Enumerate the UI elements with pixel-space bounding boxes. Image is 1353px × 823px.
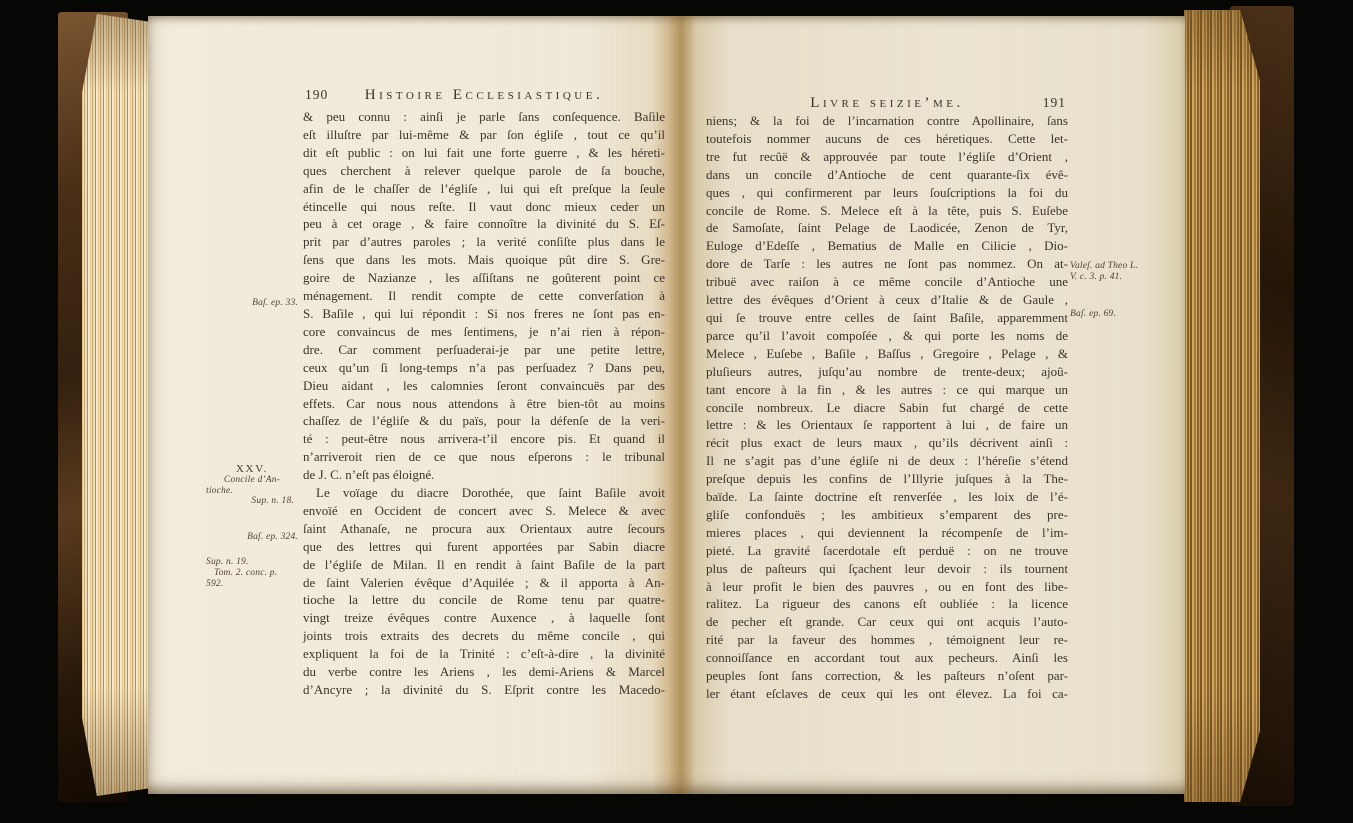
left-page-text: & peu connu : ainſi je parle ſans conſeq… — [303, 108, 665, 699]
text-line: que des lettres qui furent apportées par… — [303, 538, 665, 556]
text-line: dans un concile d’Antioche de cent quara… — [706, 166, 1068, 184]
text-line: de ſaint Valerien évêque d’Aquilée ; & i… — [303, 574, 665, 592]
text-line: à leur profit le bien des pauvres , ou e… — [706, 578, 1068, 596]
text-line: de Samoſate, ſaint Pelage de Laodicée, Z… — [706, 219, 1068, 237]
text-line: chaſſez de l’égliſe & du païs, pour la d… — [303, 412, 665, 430]
text-line: Le voïage du diacre Dorothée, que ſaint … — [303, 484, 665, 502]
text-line: ler étant eſclaves de ceux qui les ont é… — [706, 685, 1068, 703]
text-line: V. c. 3. p. 41. — [1070, 272, 1188, 283]
left-page-header: 190 Histoire Ecclesiastique. — [303, 86, 665, 106]
text-line: mieres places , qui deviennent la récomp… — [706, 524, 1068, 542]
text-line: ceux qu’un ſi long-temps n’a pas perſuad… — [303, 359, 665, 377]
margin-note-citation: Valeſ. ad Theo L.V. c. 3. p. 41. — [1070, 261, 1188, 283]
text-line: concile nombreux. Le diacre Sabin fut ch… — [706, 399, 1068, 417]
left-page: 190 Histoire Ecclesiastique. Baſ. ep. 33… — [148, 16, 668, 794]
text-line: tioche. — [206, 486, 298, 497]
margin-note-section: XXV.Concile d’An-tioche.Sup. n. 18. — [206, 464, 298, 507]
right-page-text: niens; & la foi de l’incarnation contre … — [706, 112, 1068, 703]
text-line: de J. C. n’eſt pas éloigné. — [303, 466, 665, 484]
text-line: ralitez. La rigueur des canons eſt oubli… — [706, 595, 1068, 613]
running-title-left: Histoire Ecclesiastique. — [365, 87, 603, 103]
text-line: peu à cet orage , & faire connoître la d… — [303, 215, 665, 233]
text-line: qui ſe trouve entre celles de ſaint Baſi… — [706, 309, 1068, 327]
text-line: Concile d’An- — [206, 475, 298, 486]
text-line: 592. — [206, 579, 298, 590]
open-book: 190 Histoire Ecclesiastique. Baſ. ep. 33… — [0, 0, 1353, 823]
text-line: connoiſſance en accordant tout aux peche… — [706, 649, 1068, 667]
text-line: Dieu aidant , les calomnies ſeront conva… — [303, 377, 665, 395]
text-line: niens; & la foi de l’incarnation contre … — [706, 112, 1068, 130]
right-page: Livre seizie’me. 191 Valeſ. ad Theo L.V.… — [700, 16, 1185, 794]
page-spread: 190 Histoire Ecclesiastique. Baſ. ep. 33… — [148, 16, 1185, 794]
photo-backdrop: 190 Histoire Ecclesiastique. Baſ. ep. 33… — [0, 0, 1353, 823]
margin-note-citation: Baſ. ep. 324. — [206, 532, 298, 543]
text-line: plus de paſteurs qui ſçachent leur devoi… — [706, 560, 1068, 578]
text-line: gliſe confonduës ; les ambitieux s’empar… — [706, 506, 1068, 524]
text-line: d’Ancyre ; la divinité du S. Eſprit cont… — [303, 681, 665, 699]
text-line: Valeſ. ad Theo L. — [1070, 261, 1188, 272]
margin-note-citation: Baſ. ep. 69. — [1070, 309, 1188, 320]
text-line: Baſ. ep. 33. — [206, 298, 298, 309]
text-line: dre. Car comment perſuaderai-je par une … — [303, 341, 665, 359]
text-line: concile de Rome. S. Melece eſt à la tête… — [706, 202, 1068, 220]
text-line: du verbe contre les Ariens , les demi-Ar… — [303, 663, 665, 681]
text-line: étincelle qui nous reſte. Il vaut donc m… — [303, 198, 665, 216]
text-line: dit eſt public : on lui fait une forte g… — [303, 144, 665, 162]
text-line: & peu connu : ainſi je parle ſans conſeq… — [303, 108, 665, 126]
text-line: ménagement. Il rendit compte de cette co… — [303, 287, 665, 305]
text-line: Il ne s’agit pas d’une égliſe ni de deux… — [706, 452, 1068, 470]
text-line: de l’égliſe de Milan. Il en rendit à ſai… — [303, 556, 665, 574]
text-line: parce qu’il l’avoit compoſée , & qui por… — [706, 327, 1068, 345]
text-line: tant encore à la fin , & les autres : ce… — [706, 381, 1068, 399]
text-line: ques cherchent à relever quelque parole … — [303, 162, 665, 180]
text-line: XXV. — [206, 464, 298, 475]
text-line: ſens que dans les mots. Mais quoique pût… — [303, 251, 665, 269]
text-line: lettre des évêques d’Orient à ceux d’Ita… — [706, 291, 1068, 309]
text-line: vingt treize évêques contre Auxence , à … — [303, 609, 665, 627]
text-line: de pecher eſt grande. Car ceux qui ont a… — [706, 613, 1068, 631]
text-line: té : peut-être nous arrivera-t’il encore… — [303, 430, 665, 448]
text-line: envoïé en Occident de concert avec S. Me… — [303, 502, 665, 520]
text-line: core convaincus de mes ſentimens, je n’a… — [303, 323, 665, 341]
text-line: tioche la lettre du concile de Rome tenu… — [303, 591, 665, 609]
text-line: rité par la faveur des hommes , témoigne… — [706, 631, 1068, 649]
text-line: récit plus exact de leurs maux , qu’ils … — [706, 434, 1068, 452]
text-line: dore de Tarſe : les autres ne ſont pas n… — [706, 255, 1068, 273]
text-line: preſque depuis les confins de l’Illyrie … — [706, 470, 1068, 488]
text-line: lettre : & les Orientaux ſe rapportent à… — [706, 416, 1068, 434]
left-margin-notes: Baſ. ep. 33. XXV.Concile d’An-tioche.Sup… — [206, 16, 298, 794]
text-line: baïde. La ſainte doctrine eſt renverſée … — [706, 488, 1068, 506]
running-title-right: Livre seizie’me. — [810, 95, 963, 111]
right-page-header: Livre seizie’me. 191 — [706, 94, 1068, 114]
page-number-left: 190 — [305, 87, 328, 103]
page-number-right: 191 — [1043, 95, 1066, 111]
text-line: goire de Nazianze , les aſſiſtans ne goû… — [303, 269, 665, 287]
margin-note-citation: Baſ. ep. 33. — [206, 298, 298, 309]
text-line: Sup. n. 19. — [206, 557, 298, 568]
text-line: effets. Car nous nous attendons à être b… — [303, 395, 665, 413]
text-line: prit par d’autres paroles ; la verité co… — [303, 233, 665, 251]
text-line: pieté. La gravité ſacerdotale eſt perduë… — [706, 542, 1068, 560]
margin-note-citation: Sup. n. 19.Tom. 2. conc. p.592. — [206, 557, 298, 589]
text-line: tre fut recûë & approuvée par toute l’ég… — [706, 148, 1068, 166]
right-margin-notes: Valeſ. ad Theo L.V. c. 3. p. 41. Baſ. ep… — [1070, 16, 1188, 794]
text-line: S. Baſile , qui lui répondit : Si nos fr… — [303, 305, 665, 323]
text-line: peuples ſont ſans correction, & les paſt… — [706, 667, 1068, 685]
text-line: afin de le chaſſer de l’égliſe , lui qui… — [303, 180, 665, 198]
text-line: joints trois extraits des decrets du mêm… — [303, 627, 665, 645]
text-line: toutefois nommer aucuns de ces héretique… — [706, 130, 1068, 148]
text-line: Sup. n. 18. — [206, 496, 298, 507]
text-line: Euloge d’Edeſſe , Bematius de Malle en C… — [706, 237, 1068, 255]
text-line: pluſieurs autres, juſqu’au nombre de tre… — [706, 363, 1068, 381]
page-edges-left — [82, 14, 150, 796]
text-line: Baſ. ep. 69. — [1070, 309, 1188, 320]
text-line: ſaint Athanaſe, ne procura aux Orientaux… — [303, 520, 665, 538]
text-line: Tom. 2. conc. p. — [206, 568, 298, 579]
text-line: ques , qui confirmerent par leurs ſouſcr… — [706, 184, 1068, 202]
text-line: Baſ. ep. 324. — [206, 532, 298, 543]
text-line: n’arriveroit rien de ce que nous eſperon… — [303, 448, 665, 466]
page-edges-right — [1184, 10, 1260, 802]
text-line: Melece , Euſebe , Baſile , Baſſus , Greg… — [706, 345, 1068, 363]
text-line: expliquent la foi de la Trinité : c’eſt-… — [303, 645, 665, 663]
book-gutter — [669, 16, 696, 794]
text-line: tribuë avec raiſon à ce même concile d’A… — [706, 273, 1068, 291]
text-line: eſt illuſtre par lui-même & par ſon égli… — [303, 126, 665, 144]
